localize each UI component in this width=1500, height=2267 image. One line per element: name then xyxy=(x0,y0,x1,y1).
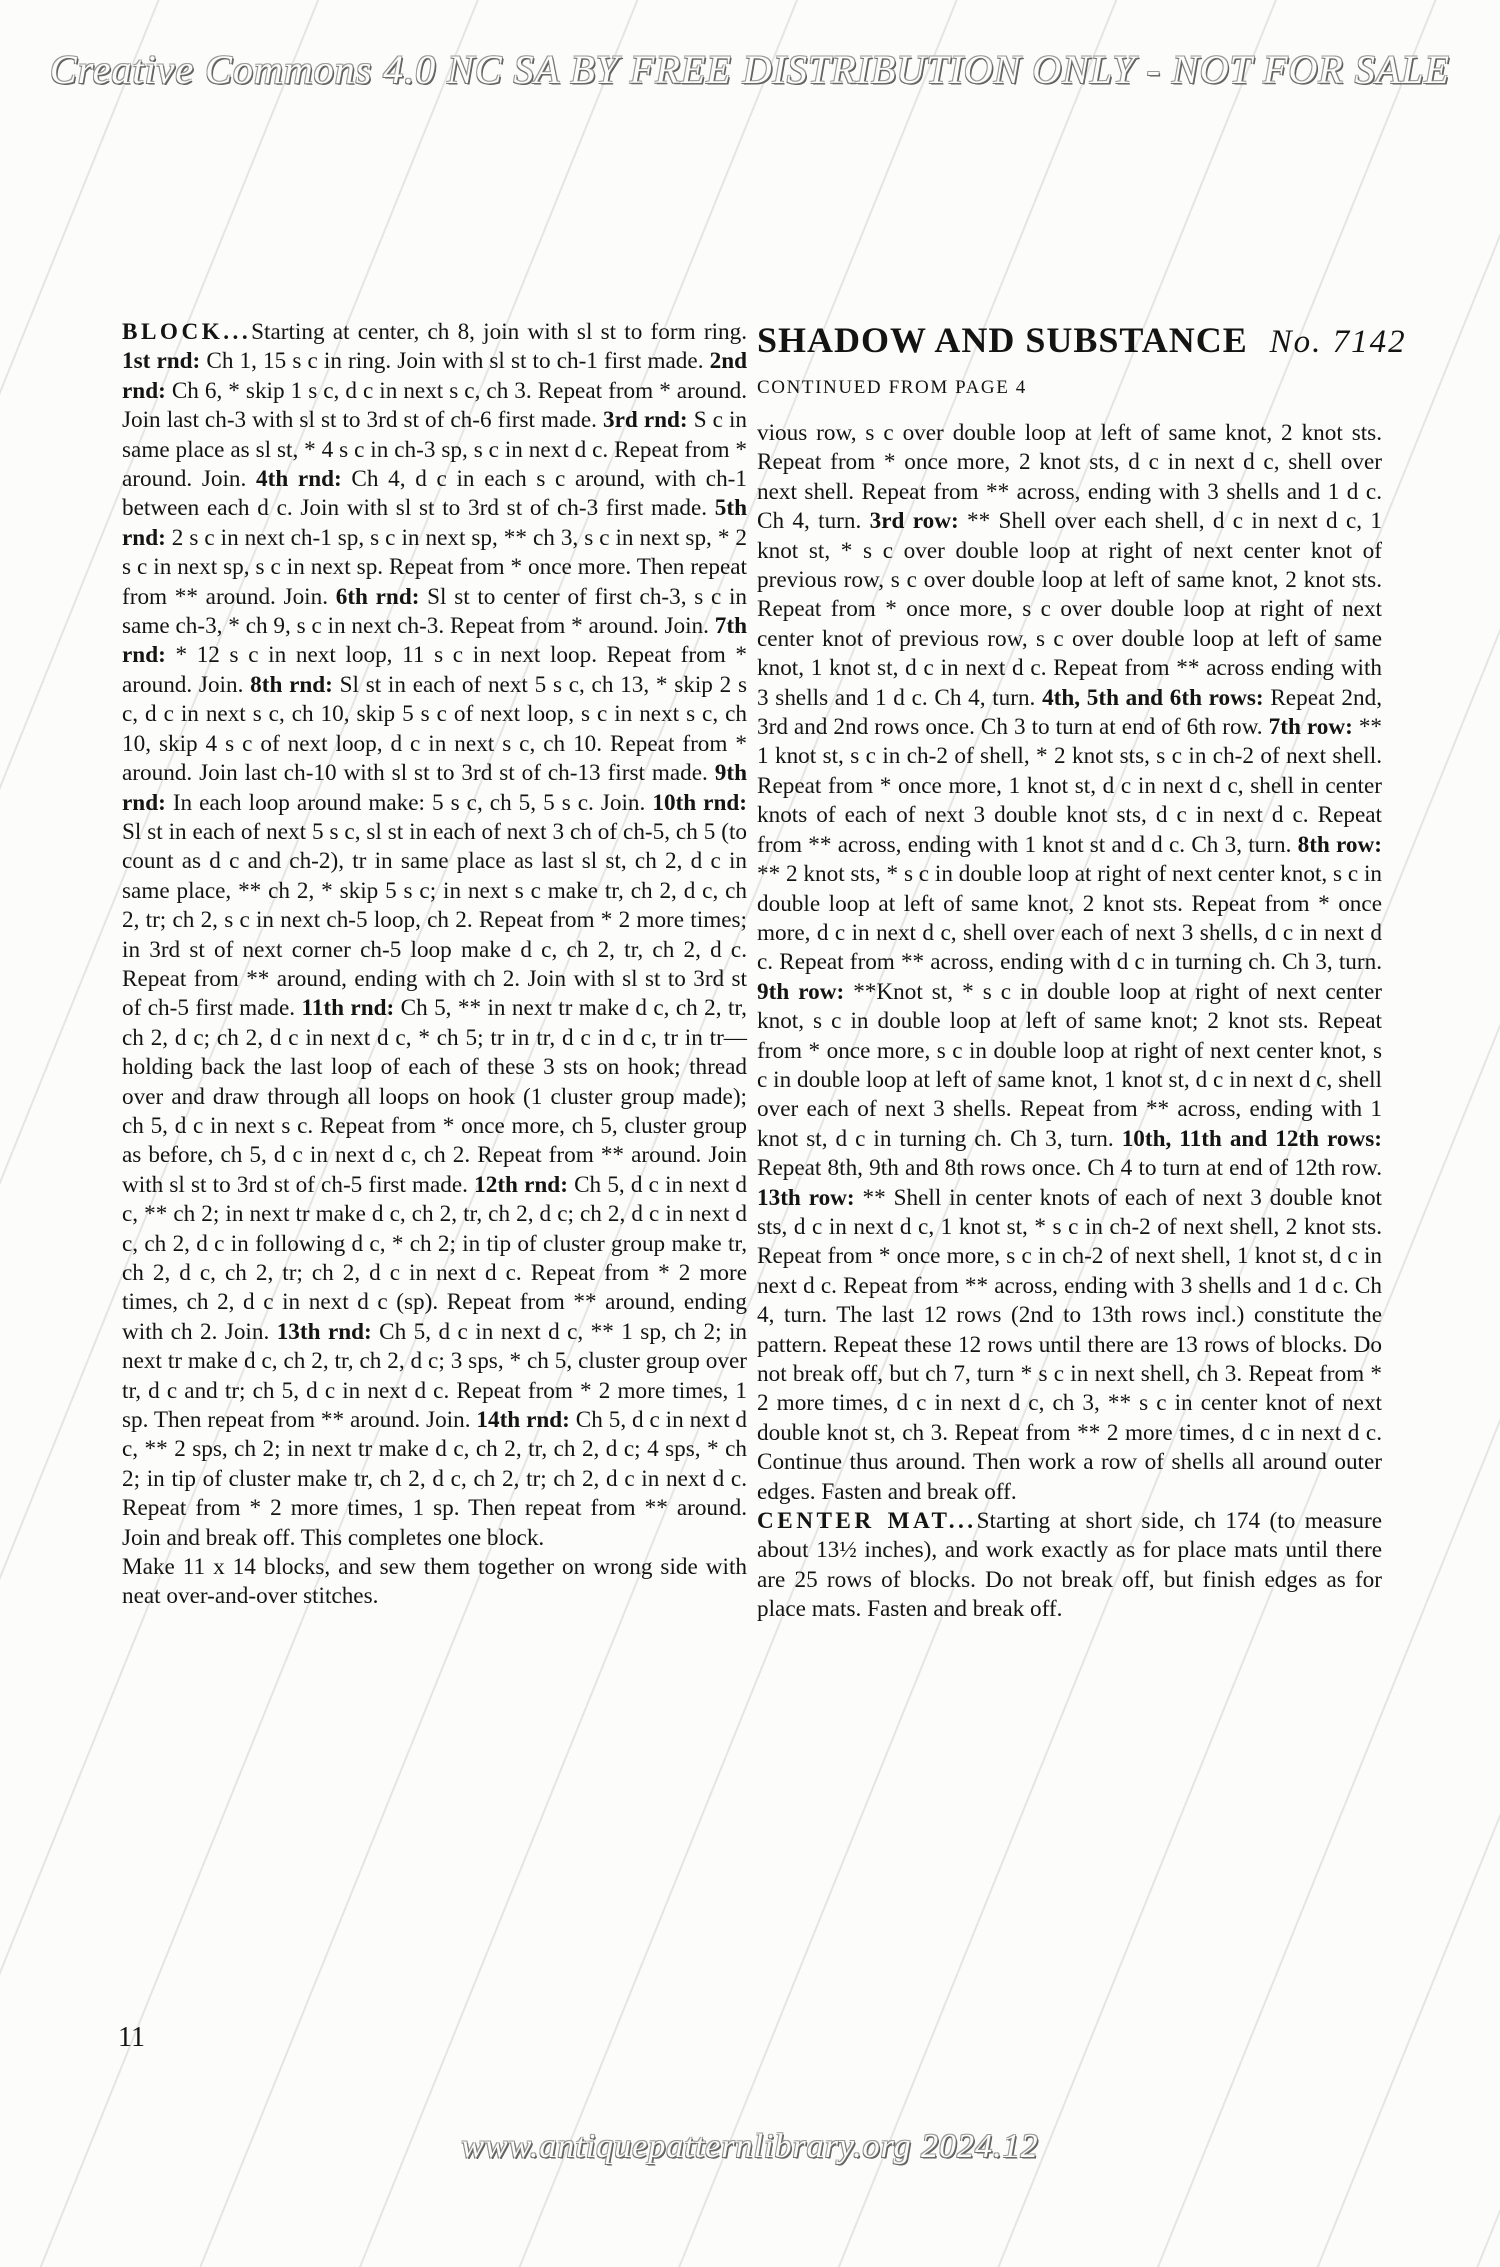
place-mat-instructions-paragraph: vious row, s c over double loop at left … xyxy=(757,419,1382,1507)
block-instructions-paragraph: BLOCK...Starting at center, ch 8, join w… xyxy=(122,318,747,1553)
footer-site-credit: www.antiquepatternlibrary.org 2024.12 xyxy=(0,2128,1500,2166)
center-mat-instructions-paragraph: CENTER MAT...Starting at short side, ch … xyxy=(757,1507,1382,1625)
license-banner: Creative Commons 4.0 NC SA BY FREE DISTR… xyxy=(0,46,1500,93)
pattern-title: SHADOW AND SUBSTANCE xyxy=(757,320,1248,360)
pattern-number: No. 7142 xyxy=(1270,324,1407,360)
pattern-heading: SHADOW AND SUBSTANCE No. 7142 xyxy=(757,318,1382,367)
right-column: SHADOW AND SUBSTANCE No. 7142 CONTINUED … xyxy=(757,318,1382,1625)
assembly-note-paragraph: Make 11 x 14 blocks, and sew them togeth… xyxy=(122,1553,747,1612)
page-number: 11 xyxy=(118,2022,145,2054)
continued-from-note: CONTINUED FROM PAGE 4 xyxy=(757,377,1382,399)
left-column: BLOCK...Starting at center, ch 8, join w… xyxy=(122,318,747,1612)
